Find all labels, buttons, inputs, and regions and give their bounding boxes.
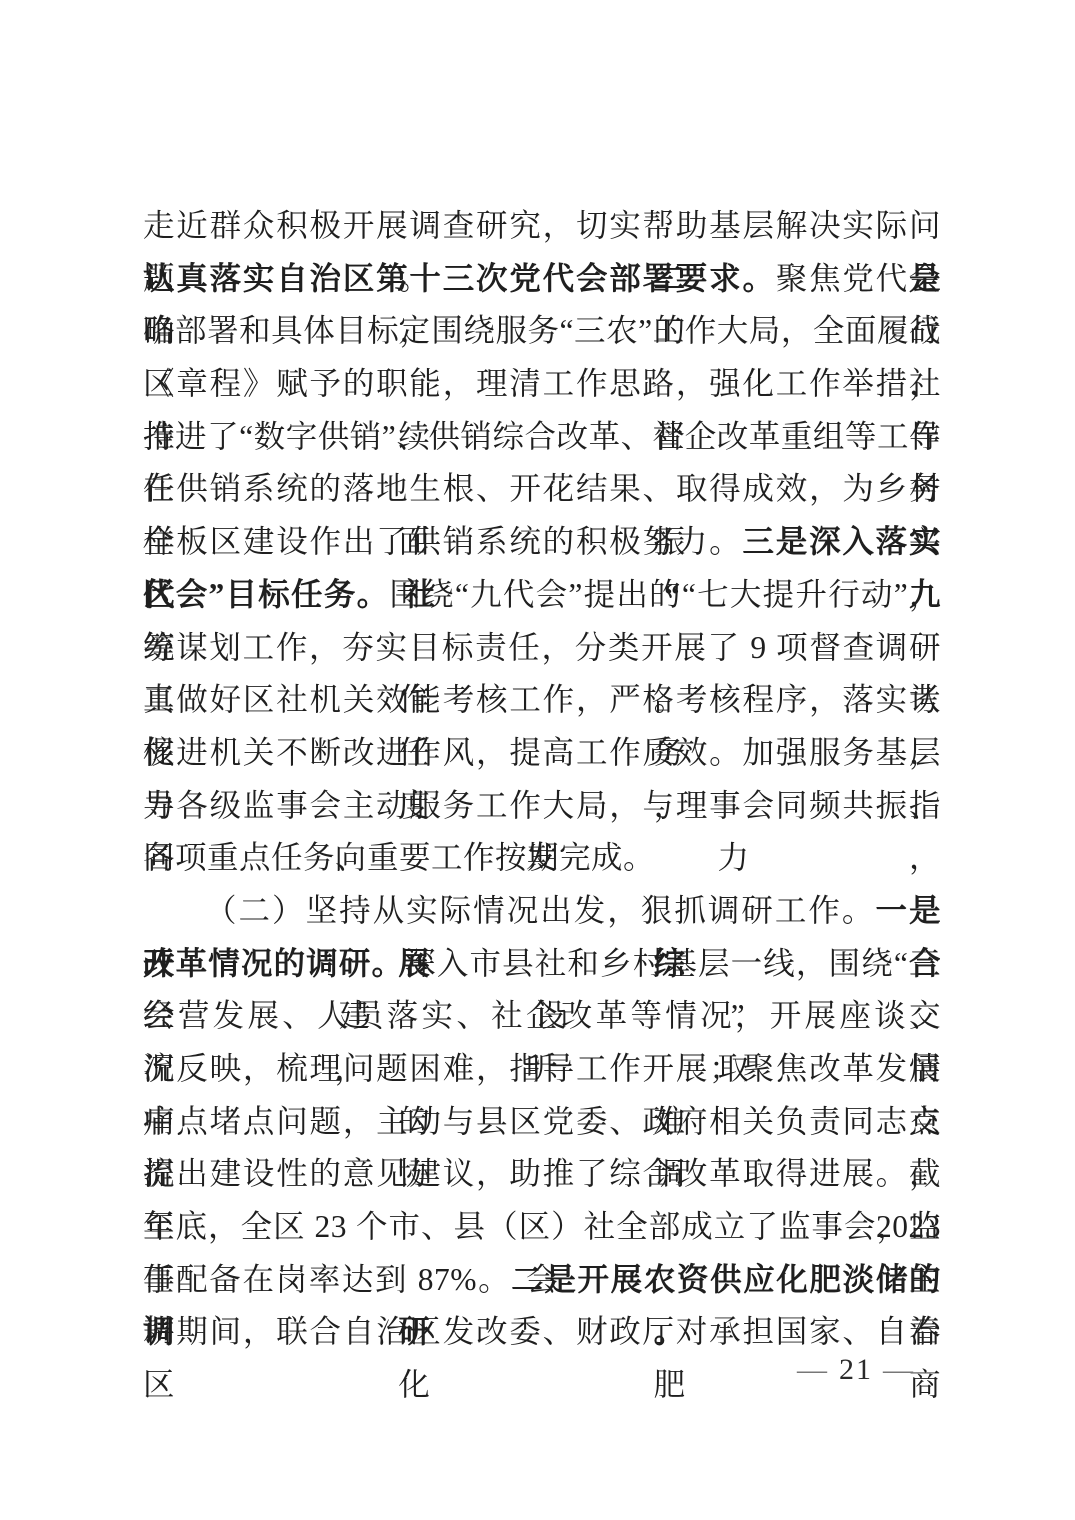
text-line: 代会”目标任务。围绕“九代会”提出的“七大提升行动”，统 <box>143 569 941 622</box>
text-line: 提出建设性的意见建议，助推了综合改革取得进展。截至 2023 <box>143 1148 941 1201</box>
paragraph: （二）坚持从实际情况出发，狠抓调研工作。一是开展综合改革情况的调研。深入市县社和… <box>143 885 941 1359</box>
text-line: 况反映，梳理问题困难，指导工作开展；聚焦改革发展中的难点 <box>143 1043 941 1096</box>
text-line: （二）坚持从实际情况出发，狠抓调研工作。一是开展综合 <box>143 885 941 938</box>
text-line: 样板区建设作出了供销系统的积极努力。三是深入落实区社“九 <box>143 516 941 569</box>
text-line: 推进了“数字供销”、供销综合改革、社企改革重组等工作任务 <box>143 411 941 464</box>
text-line: 任配备在岗率达到 87%。二是开展农资供应化肥淡储的调研。春 <box>143 1254 941 1307</box>
text-line: 走近群众积极开展调查研究，切实帮助基层解决实际问题。二是 <box>143 200 941 253</box>
document-page: 走近群众积极开展调查研究，切实帮助基层解决实际问题。二是认真落实自治区第十三次党… <box>0 0 1075 1520</box>
text-line: 痛点堵点问题，主动与县区党委、政府相关负责同志交流协调， <box>143 1096 941 1149</box>
text-line: 真做好区社机关效能考核工作，严格考核程序，落实考核任务， <box>143 674 941 727</box>
text-line: 年底，全区 23 个市、县（区）社全部成立了监事会，监事会主 <box>143 1201 941 1254</box>
text-line: 《章程》赋予的职能，理清工作思路，强化工作举措，持续督导 <box>143 358 941 411</box>
page-footer: —21— <box>787 1350 925 1390</box>
paragraph: 走近群众积极开展调查研究，切实帮助基层解决实际问题。二是认真落实自治区第十三次党… <box>143 200 941 885</box>
text-segment: 样板区建设作出了供销系统的积极努力。 <box>143 524 742 559</box>
text-segment: 任配备在岗率达到 87%。 <box>143 1262 511 1297</box>
text-line: 促进机关不断改进作风，提高工作质效。加强服务基层力度，指 <box>143 727 941 780</box>
footer-dash-left: — <box>787 1353 839 1386</box>
text-line: 导各级监事会主动服务工作大局，与理事会同频共振、同向发力， <box>143 780 941 833</box>
text-line: 认真落实自治区第十三次党代会部署要求。聚焦党代会确定的战 <box>143 253 941 306</box>
text-segment: 改革情况的调研。 <box>143 946 404 981</box>
text-segment: 代会”目标任务。 <box>143 577 389 612</box>
text-line: 改革情况的调研。深入市县社和乡村基层一线，围绕“三会建设”、 <box>143 938 941 991</box>
text-segment: 认真落实自治区第十三次党代会部署要求。 <box>143 261 776 296</box>
text-segment: 各项重点任务、重要工作按期完成。 <box>143 840 655 875</box>
text-line: 经营发展、人员落实、社企改革等情况，开展座谈交流，听取情 <box>143 990 941 1043</box>
page-number: 21 <box>839 1353 873 1386</box>
text-segment: （二）坚持从实际情况出发，狠抓调研工作。 <box>205 893 875 928</box>
text-line: 筹谋划工作，夯实目标责任，分类开展了 9 项督查调研工作。认 <box>143 622 941 675</box>
document-body: 走近群众积极开展调查研究，切实帮助基层解决实际问题。二是认真落实自治区第十三次党… <box>143 200 941 1359</box>
footer-dash-right: — <box>873 1353 925 1386</box>
text-line: 略部署和具体目标，围绕服务“三农”工作大局，全面履行区社 <box>143 305 941 358</box>
text-line: 在供销系统的落地生根、开花结果、取得成效，为乡村全面振兴 <box>143 463 941 516</box>
